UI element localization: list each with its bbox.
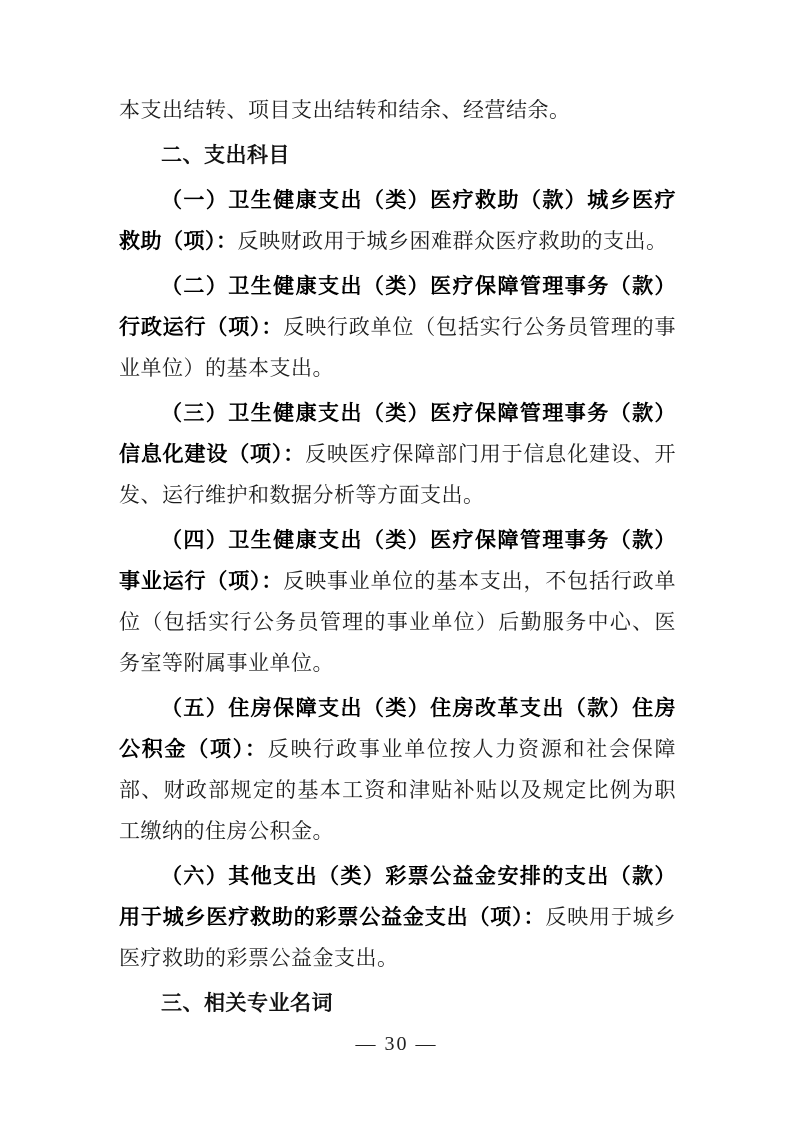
page-footer: — 30 —: [0, 1030, 793, 1058]
expenditure-item-2: （二）卫生健康支出（类）医疗保障管理事务（款）行政运行（项）：反映行政单位（包括…: [119, 266, 676, 389]
document-body: 本支出结转、项目支出结转和结余、经营结余。 二、支出科目 （一）卫生健康支出（类…: [119, 90, 676, 1028]
section-heading-expenditure-subjects: 二、支出科目: [119, 135, 676, 176]
expenditure-item-3: （三）卫生健康支出（类）医疗保障管理事务（款）信息化建设（项）：反映医疗保障部门…: [119, 393, 676, 516]
expenditure-item-6: （六）其他支出（类）彩票公益金安排的支出（款）用于城乡医疗救助的彩票公益金支出（…: [119, 856, 676, 979]
paragraph-continuation: 本支出结转、项目支出结转和结余、经营结余。: [119, 90, 676, 131]
expenditure-item-4: （四）卫生健康支出（类）医疗保障管理事务（款）事业运行（项）：反映事业单位的基本…: [119, 520, 676, 684]
expenditure-item-1-description: 反映财政用于城乡困难群众医疗救助的支出。: [238, 229, 668, 253]
expenditure-item-1: （一）卫生健康支出（类）医疗救助（款）城乡医疗救助（项）：反映财政用于城乡困难群…: [119, 180, 676, 262]
page-number: — 30 —: [356, 1033, 438, 1055]
expenditure-item-5: （五）住房保障支出（类）住房改革支出（款）住房公积金（项）：反映行政事业单位按人…: [119, 688, 676, 852]
document-page: 本支出结转、项目支出结转和结余、经营结余。 二、支出科目 （一）卫生健康支出（类…: [0, 0, 793, 1122]
section-heading-related-terms: 三、相关专业名词: [119, 983, 676, 1024]
